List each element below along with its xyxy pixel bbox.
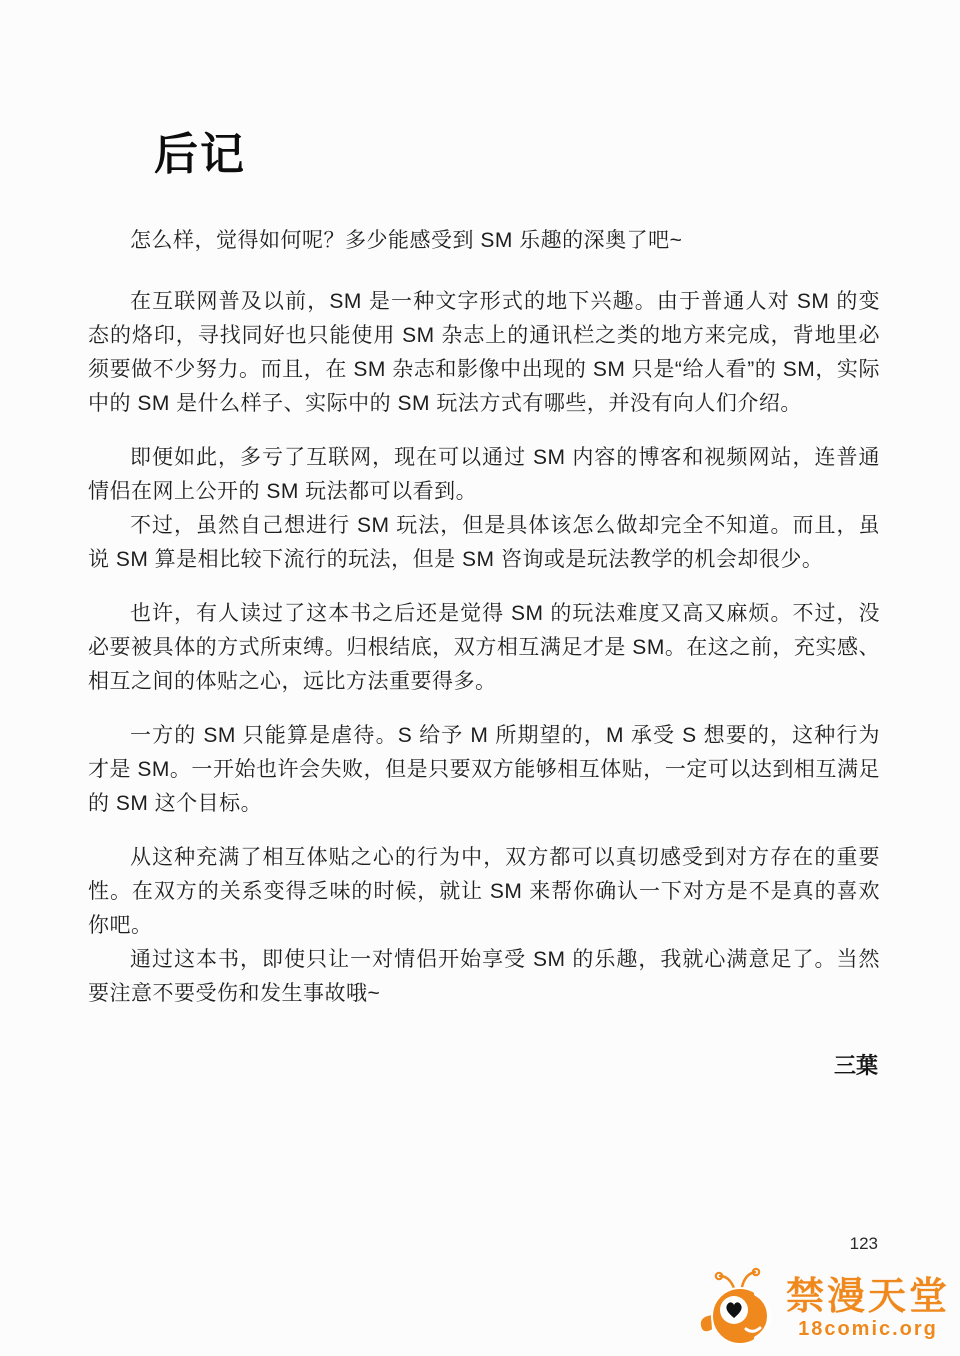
- paragraph: 通过这本书，即使只让一对情侣开始享受 SM 的乐趣，我就心满意足了。当然要注意不…: [88, 943, 880, 1011]
- page-number: 123: [850, 1234, 878, 1254]
- paragraph: 怎么样，觉得如何呢？多少能感受到 SM 乐趣的深奥了吧~: [88, 224, 880, 258]
- watermark-logo: 禁漫天堂 18comic.org: [694, 1266, 950, 1352]
- orange-whale-heart-mascot-icon: [694, 1266, 780, 1352]
- paragraph: 在互联网普及以前，SM 是一种文字形式的地下兴趣。由于普通人对 SM 的变态的烙…: [88, 285, 880, 421]
- paragraph: 从这种充满了相互体贴之心的行为中，双方都可以真切感受到对方存在的重要性。在双方的…: [88, 841, 880, 943]
- paragraph: 不过，虽然自己想进行 SM 玩法，但是具体该怎么做却完全不知道。而且，虽说 SM…: [88, 509, 880, 577]
- paragraph: 也许，有人读过了这本书之后还是觉得 SM 的玩法难度又高又麻烦。不过，没必要被具…: [88, 597, 880, 699]
- watermark-brand-text: 禁漫天堂: [786, 1278, 950, 1316]
- watermark-site-text: 18comic.org: [786, 1318, 950, 1341]
- watermark-text-block: 禁漫天堂 18comic.org: [786, 1278, 950, 1341]
- document-content: 后记 怎么样，觉得如何呢？多少能感受到 SM 乐趣的深奥了吧~在互联网普及以前，…: [88, 118, 880, 1080]
- paragraph: 即便如此，多亏了互联网，现在可以通过 SM 内容的博客和视频网站，连普通情侣在网…: [88, 441, 880, 509]
- author-signature: 三葉: [88, 1049, 880, 1080]
- scanned-document-page: 后记 怎么样，觉得如何呢？多少能感受到 SM 乐趣的深奥了吧~在互联网普及以前，…: [0, 0, 960, 1356]
- paragraph: 一方的 SM 只能算是虐待。S 给予 M 所期望的，M 承受 S 想要的，这种行…: [88, 719, 880, 821]
- page-title: 后记: [154, 118, 880, 182]
- document-body: 怎么样，觉得如何呢？多少能感受到 SM 乐趣的深奥了吧~在互联网普及以前，SM …: [88, 224, 880, 1011]
